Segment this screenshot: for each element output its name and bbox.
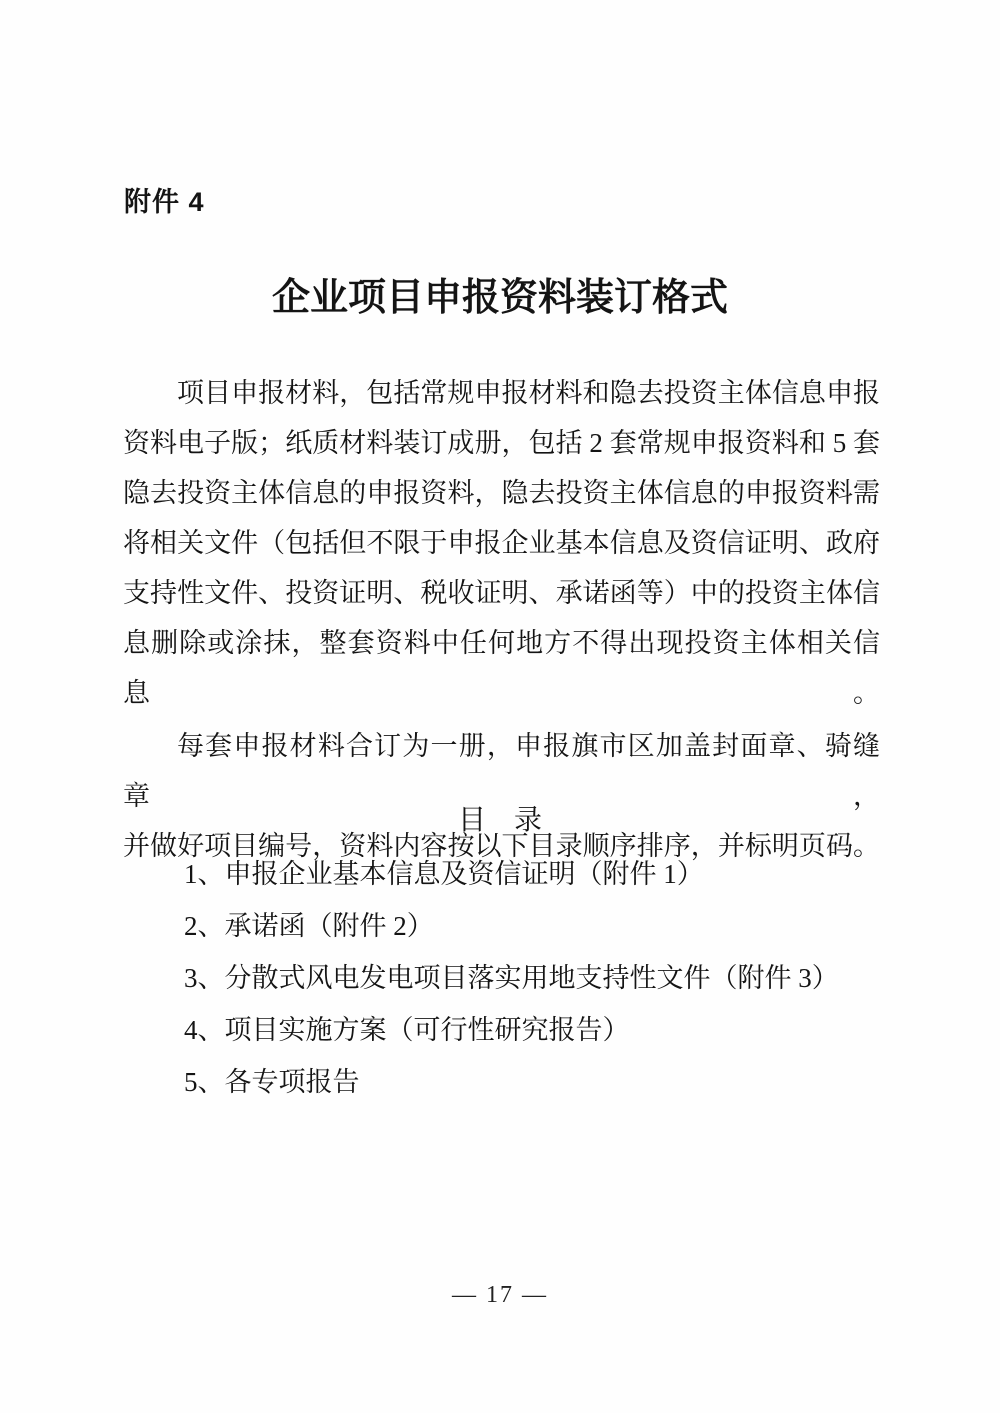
paragraph-1: 项目申报材料，包括常规申报材料和隐去投资主体信息申报 资料电子版；纸质材料装订成… [123, 368, 880, 718]
toc-list: 1、申报企业基本信息及资信证明（附件 1） 2、承诺函（附件 2） 3、分散式风… [184, 848, 884, 1108]
toc-title: 目 录 [0, 802, 1000, 840]
toc-item-3: 3、分散式风电发电项目落实用地支持性文件（附件 3） [184, 952, 884, 1004]
document-title: 企业项目申报资料装订格式 [0, 272, 1000, 324]
paragraph-line: 项目申报材料，包括常规申报材料和隐去投资主体信息申报 [123, 368, 880, 418]
toc-item-1: 1、申报企业基本信息及资信证明（附件 1） [184, 848, 884, 900]
document-page: 附件 4 企业项目申报资料装订格式 项目申报材料，包括常规申报材料和隐去投资主体… [0, 0, 1000, 1413]
page-number: — 17 — [0, 1280, 1000, 1310]
toc-item-5: 5、各专项报告 [184, 1056, 884, 1108]
paragraph-line: 隐去投资主体信息的申报资料，隐去投资主体信息的申报资料需 [123, 468, 880, 518]
attachment-label: 附件 4 [124, 186, 205, 218]
toc-item-4: 4、项目实施方案（可行性研究报告） [184, 1004, 884, 1056]
paragraph-line: 资料电子版；纸质材料装订成册，包括 2 套常规申报资料和 5 套 [123, 418, 880, 468]
paragraph-line: 息删除或涂抹，整套资料中任何地方不得出现投资主体相关信息。 [123, 618, 880, 718]
body-text: 项目申报材料，包括常规申报材料和隐去投资主体信息申报 资料电子版；纸质材料装订成… [123, 368, 880, 871]
paragraph-line: 支持性文件、投资证明、税收证明、承诺函等）中的投资主体信 [123, 568, 880, 618]
toc-item-2: 2、承诺函（附件 2） [184, 900, 884, 952]
paragraph-line: 将相关文件（包括但不限于申报企业基本信息及资信证明、政府 [123, 518, 880, 568]
